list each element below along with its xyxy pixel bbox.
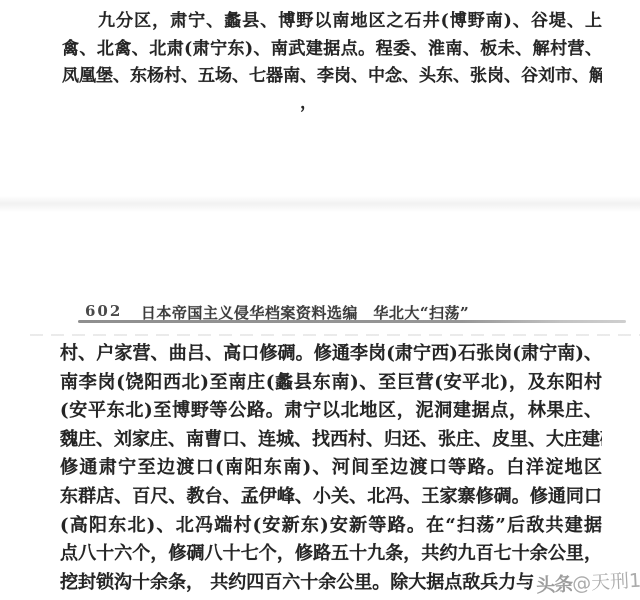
watermark: 头条@天刑17: [535, 565, 640, 598]
stray-comma: ，: [300, 88, 317, 113]
page-fragment-top: 九分区，肃宁、蠡县、博野以南地区之石井(博野南)、谷堤、上 禽、北禽、北肃(肃宁…: [62, 8, 602, 91]
text-line: 村、户家营、曲吕、高口修碉。修通李岗(肃宁西)石张岗(肃宁南)、: [60, 340, 602, 369]
scanned-document-page: 九分区，肃宁、蠡县、博野以南地区之石井(博野南)、谷堤、上 禽、北禽、北肃(肃宁…: [0, 0, 640, 600]
text-line: 点八十六个，修碉八十七个，修路五十九条，共约九百七十余公里，: [60, 540, 602, 569]
header-rule: [78, 320, 626, 323]
toutiao-logo: 头条: [536, 573, 573, 597]
text-line: 魏庄、刘家庄、南曹口、连城、找西村、归还、张庄、皮里、大庄建碉。: [60, 426, 602, 455]
text-line: 凤凰堡、东杨村、五场、七器南、李岗、中念、头东、张岗、谷刘市、解: [62, 63, 602, 91]
text-line: 九分区，肃宁、蠡县、博野以南地区之石井(博野南)、谷堤、上: [62, 8, 602, 36]
text-line: 修通肃宁至边渡口(南阳东南)、河间至边渡口等路。白洋淀地区: [60, 454, 602, 483]
text-line: 南李岗(饶阳西北)至南庄(蠡县东南)、至巨营(安平北)，及东阳村: [60, 369, 602, 398]
scan-noise-line: [30, 334, 640, 336]
scan-seam-divider: [0, 196, 640, 212]
running-header: 602 日本帝国主义侵华档案资料选编 华北大“扫荡”: [0, 302, 640, 320]
page-fragment-bottom: 村、户家营、曲吕、高口修碉。修通李岗(肃宁西)石张岗(肃宁南)、 南李岗(饶阳西…: [60, 340, 602, 597]
text-line: (高阳东北)、北冯端村(安新东)安新等路。在“扫荡”后敌共建据: [60, 512, 602, 541]
text-line: (安平东北)至博野等公路。肃宁以北地区，泥洞建据点，林果庄、: [60, 397, 602, 426]
watermark-handle: @天刑17: [572, 569, 640, 595]
text-line: 挖封锁沟十余条， 共约四百六十余公里。除大据点敌兵力与: [60, 569, 602, 598]
text-line: 禽、北禽、北肃(肃宁东)、南武建据点。程委、淮南、板未、解村营、: [62, 36, 602, 64]
text-line: 东群店、百尺、教台、孟伊峰、小关、北冯、王家寨修碉。修通同口: [60, 483, 602, 512]
